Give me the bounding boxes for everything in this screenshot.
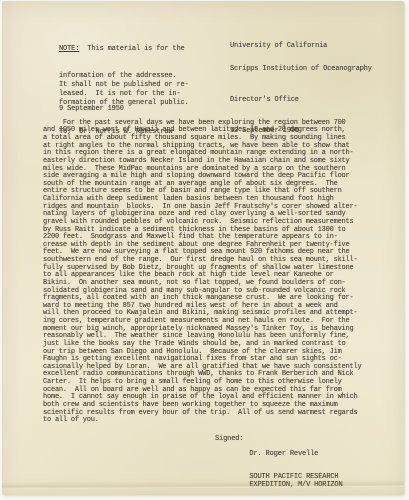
scanned-letter: { "colors": { "paper": "#ece5cb", "ink":…: [0, 0, 409, 500]
letterhead-org-line2: Scripps Institution of Oceanography: [230, 66, 372, 74]
letterhead-org-line1: University of California: [230, 43, 372, 51]
letter-date: 9 September 1950: [59, 106, 172, 114]
letter-paper: NOTE: This material is for the informati…: [2, 1, 404, 495]
note-first-line: NOTE: This material is for the: [59, 45, 189, 54]
signature-column: Dr. Roger Revelle SOUTH PACIFIC RESEARCH…: [249, 436, 342, 500]
signer-name: Dr. Roger Revelle: [249, 451, 342, 459]
signature-block: Signed: Dr. Roger Revelle SOUTH PACIFIC …: [215, 436, 343, 500]
letter-body: For the past several days we have been e…: [43, 120, 361, 425]
note-first-line-text: This material is for the: [79, 45, 184, 53]
signed-label: Signed:: [215, 436, 243, 444]
letterhead-office: Director's Office: [230, 97, 372, 105]
note-label: NOTE:: [59, 45, 79, 53]
signer-org: SOUTH PACIFIC RESEARCH EXPEDITION, M/V H…: [249, 474, 342, 489]
